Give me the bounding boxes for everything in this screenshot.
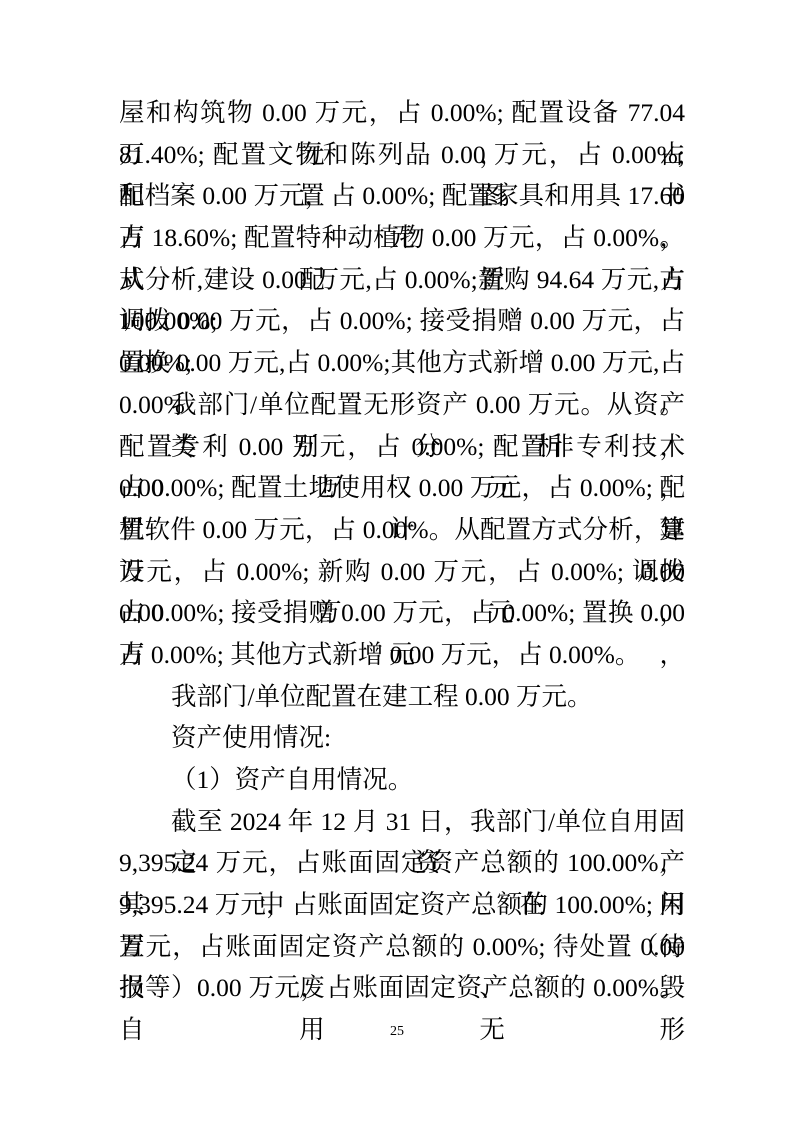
text-line: （1）资产自用情况。	[119, 759, 685, 801]
document-page: 屋和构筑物 0.00 万元，占 0.00%; 配置设备 77.04 万元，占81…	[0, 0, 794, 1123]
text-line: 万元，占 0.00%; 新购 0.00 万元，占 0.00%; 调拨 0.00 …	[119, 551, 685, 593]
text-line: 截至 2024 年 12 月 31 日，我部门/单位自用固定资产	[119, 801, 685, 843]
text-line: 和档案 0.00 万元，占 0.00%; 配置家具和用具 17.60 万元，	[119, 175, 685, 217]
text-line: 屋和构筑物 0.00 万元，占 0.00%; 配置设备 77.04 万元，占	[119, 92, 685, 134]
text-line: 式分析,建设 0.00 万元,占 0.00%;新购 94.64 万元,占 100…	[119, 259, 685, 301]
document-body: 屋和构筑物 0.00 万元，占 0.00%; 配置设备 77.04 万元，占81…	[119, 92, 685, 1009]
text-line: 占 18.60%; 配置特种动植物 0.00 万元，占 0.00%。从配置方	[119, 217, 685, 259]
text-line: 81.40%; 配置文物和陈列品 0.00 万元，占 0.00%; 配置图书	[119, 134, 685, 176]
text-line: 我部门/单位配置无形资产 0.00 万元。从资产类别分析，	[119, 384, 685, 426]
text-line: 我部门/单位配置在建工程 0.00 万元。	[119, 676, 685, 718]
text-line: 9,395.24 万元，占账面固定资产总额的 100.00%; 闲置 0.00	[119, 884, 685, 926]
text-line: 配置专利 0.00 万元，占 0.00%; 配置非专利技术 0.00 万元，	[119, 426, 685, 468]
text-line: 占 0.00%; 其他方式新增 0.00 万元，占 0.00%。	[119, 634, 685, 676]
text-line: 机软件 0.00 万元，占 0.00%。从配置方式分析，建设 0.00	[119, 509, 685, 551]
text-line: 调拨 0.00 万元，占 0.00%; 接受捐赠 0.00 万元，占 0.00%…	[119, 300, 685, 342]
text-line: 资产使用情况:	[119, 717, 685, 759]
text-line: 占 0.00%; 接受捐赠 0.00 万元，占 0.00%; 置换 0.00 万…	[119, 592, 685, 634]
text-line: 9,395.24 万元，占账面固定资产总额的 100.00%，其中:在用	[119, 842, 685, 884]
text-line: 万元，占账面固定资产总额的 0.00%; 待处置（待报废、毁	[119, 926, 685, 968]
text-line: 置换 0.00 万元,占 0.00%;其他方式新增 0.00 万元,占 0.00…	[119, 342, 685, 384]
page-number: 25	[0, 1024, 794, 1040]
text-line: 损等）0.00 万元，占账面固定资产总额的 0.00%。自用无形	[119, 967, 685, 1009]
text-line: 占 0.00%; 配置土地使用权 0.00 万元，占 0.00%; 配置计算	[119, 467, 685, 509]
